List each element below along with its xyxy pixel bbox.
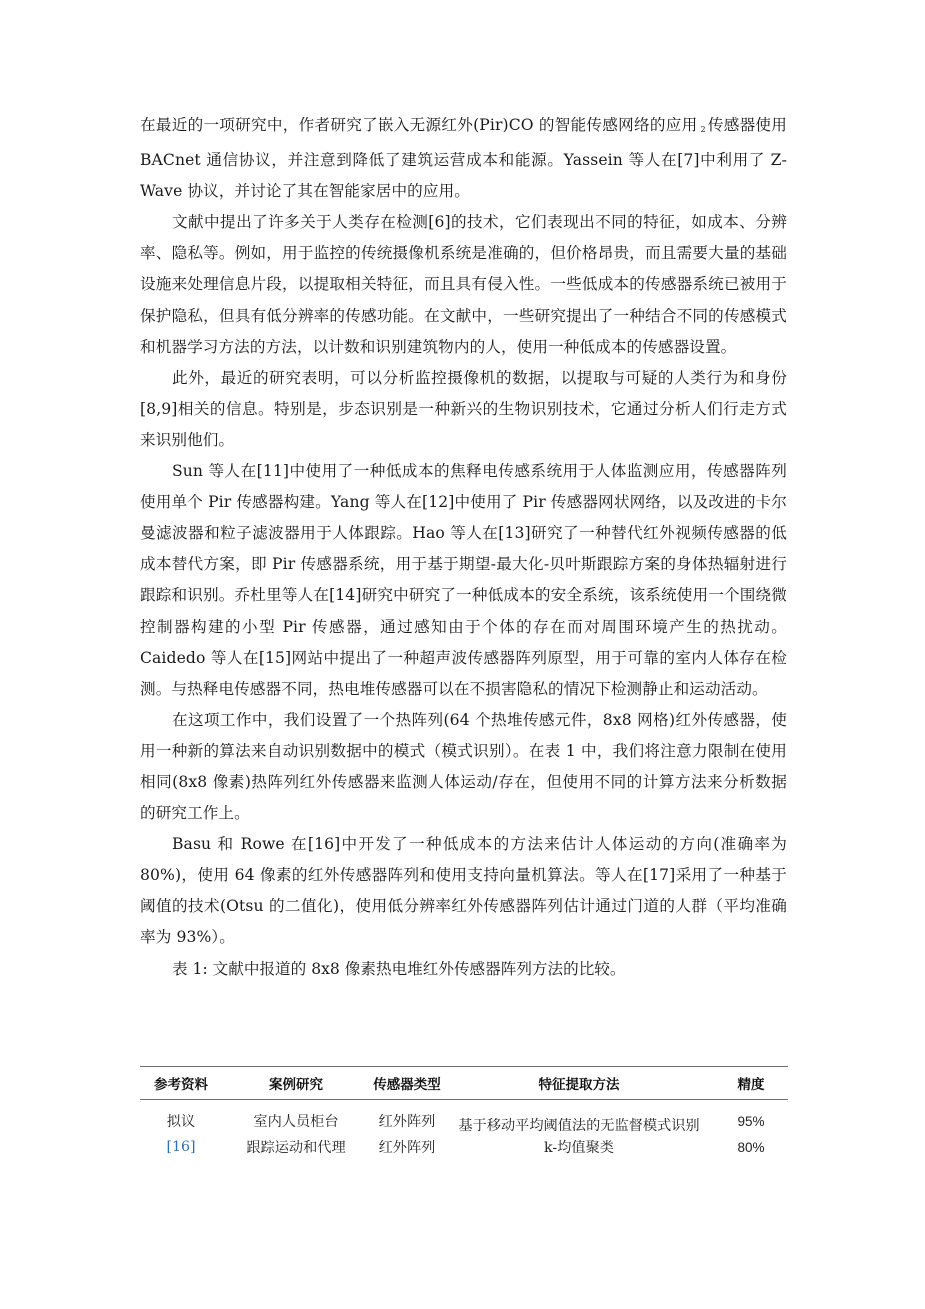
table-row: [16] 跟踪运动和代理 红外阵列 k-均值聚类 80%	[140, 1136, 788, 1158]
cell-case-study: 室内人员柜台	[222, 1100, 370, 1137]
paragraph-2: 文献中提出了许多关于人类存在检测[6]的技术，它们表现出不同的特征，如成本、分辨…	[140, 207, 787, 362]
cell-reference: [16]	[140, 1136, 222, 1158]
cell-sensor-type: 红外阵列	[370, 1136, 444, 1158]
cell-method: 基于移动平均阈值法的无监督模式识别	[444, 1100, 714, 1137]
citation-link-16[interactable]: [16]	[166, 1139, 195, 1155]
paragraph-1-text-a: 在最近的一项研究中，作者研究了嵌入无源红外(Pir)CO 的智能传感网络的应用	[140, 116, 697, 134]
comparison-table: 参考资料 案例研究 传感器类型 特征提取方法 精度 拟议 室内人员柜台 红外阵列…	[140, 1066, 788, 1158]
header-accuracy: 精度	[714, 1067, 788, 1100]
header-reference: 参考资料	[140, 1067, 222, 1100]
paragraph-1: 在最近的一项研究中，作者研究了嵌入无源红外(Pir)CO 的智能传感网络的应用2…	[140, 110, 787, 207]
paragraph-5: 在这项工作中，我们设置了一个热阵列(64 个热堆传感元件，8x8 网格)红外传感…	[140, 705, 787, 829]
paragraph-3: 此外，最近的研究表明，可以分析监控摄像机的数据，以提取与可疑的人类行为和身份[8…	[140, 363, 787, 456]
table-caption: 表 1: 文献中报道的 8x8 像素热电堆红外传感器阵列方法的比较。	[140, 954, 787, 985]
header-feature-extraction: 特征提取方法	[444, 1067, 714, 1100]
cell-accuracy: 95%	[714, 1100, 788, 1137]
cell-case-study: 跟踪运动和代理	[222, 1136, 370, 1158]
cell-method: k-均值聚类	[444, 1136, 714, 1158]
subscript-mark: 2	[700, 125, 705, 134]
table-header-row: 参考资料 案例研究 传感器类型 特征提取方法 精度	[140, 1067, 788, 1100]
header-sensor-type: 传感器类型	[370, 1067, 444, 1100]
cell-accuracy: 80%	[714, 1136, 788, 1158]
table-row: 拟议 室内人员柜台 红外阵列 基于移动平均阈值法的无监督模式识别 95%	[140, 1100, 788, 1137]
cell-reference: 拟议	[140, 1100, 222, 1137]
document-body: 在最近的一项研究中，作者研究了嵌入无源红外(Pir)CO 的智能传感网络的应用2…	[140, 110, 787, 985]
header-case-study: 案例研究	[222, 1067, 370, 1100]
cell-sensor-type: 红外阵列	[370, 1100, 444, 1137]
paragraph-4: Sun 等人在[11]中使用了一种低成本的焦释电传感系统用于人体监测应用，传感器…	[140, 456, 787, 705]
paragraph-6: Basu 和 Rowe 在[16]中开发了一种低成本的方法来估计人体运动的方向(…	[140, 829, 787, 953]
table-grid: 参考资料 案例研究 传感器类型 特征提取方法 精度 拟议 室内人员柜台 红外阵列…	[140, 1067, 788, 1158]
